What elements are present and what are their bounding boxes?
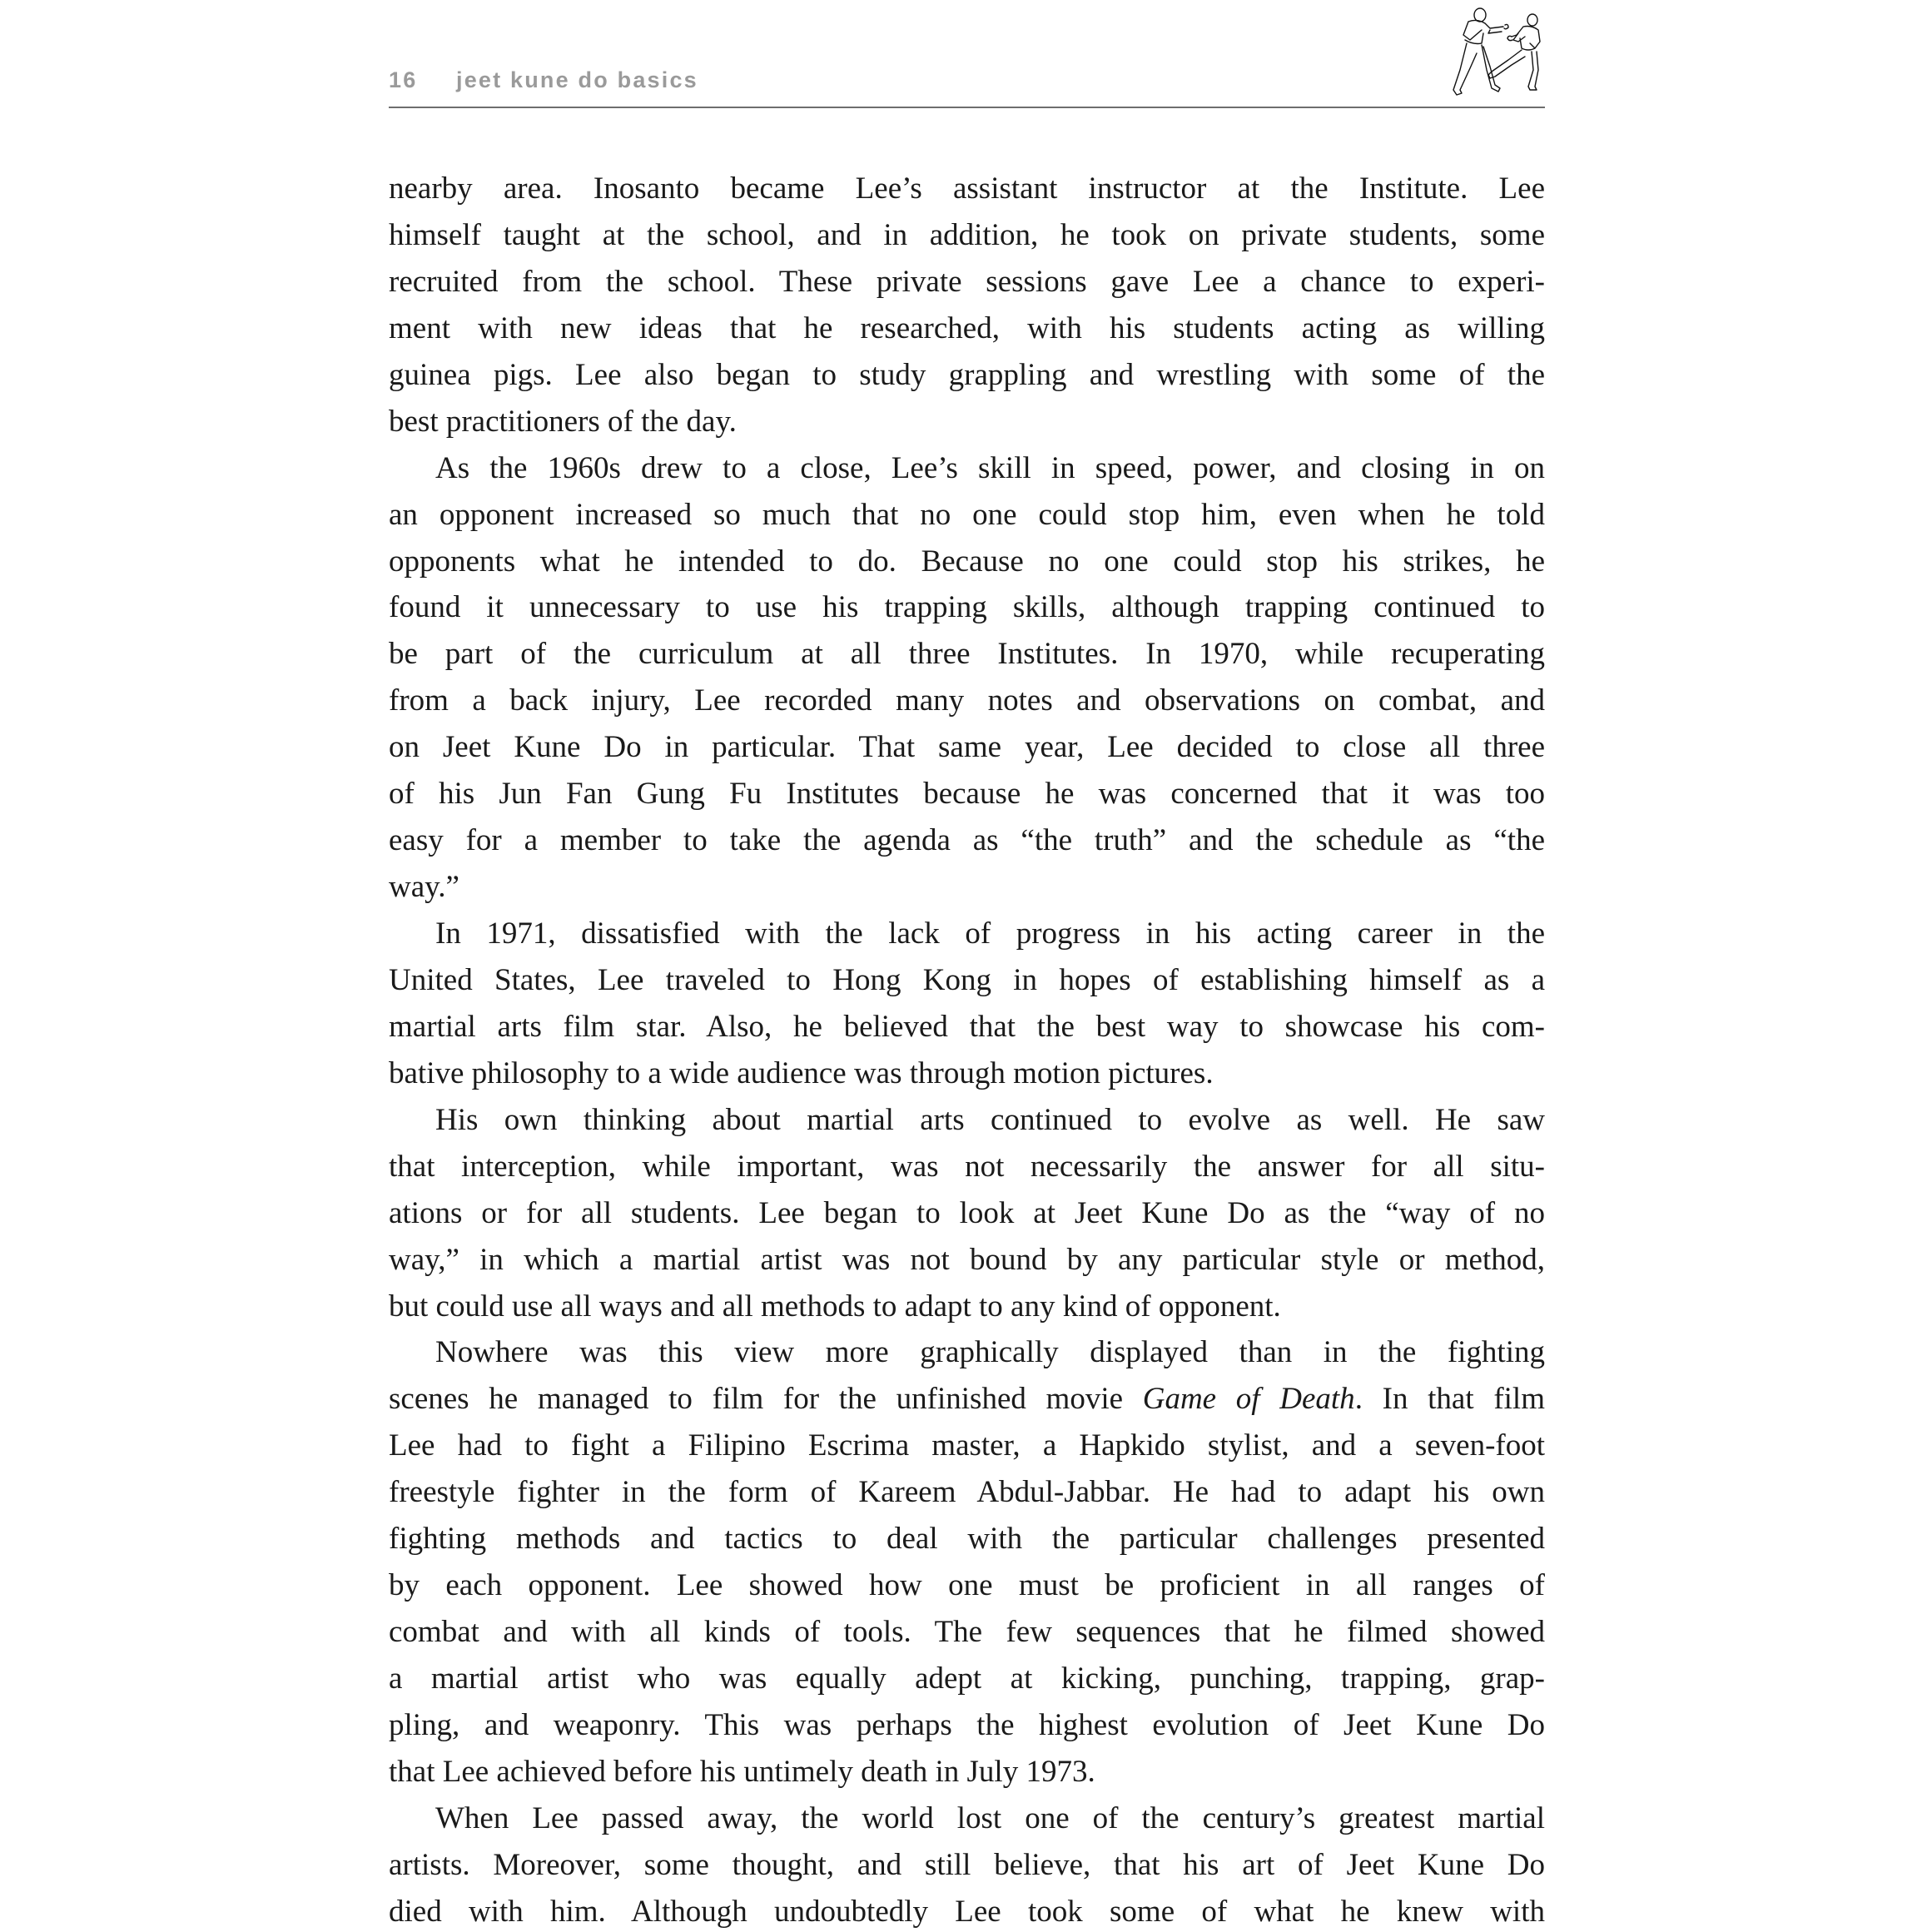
text-line: In 1971, dissatisfied with the lack of p… [389, 911, 1545, 957]
text-line: but could use all ways and all methods t… [389, 1284, 1545, 1330]
text-line: that interception, while important, was … [389, 1144, 1545, 1190]
text-line: a martial artist who was equally adept a… [389, 1656, 1545, 1702]
text-run: scenes he managed to film for the unfini… [389, 1382, 1143, 1416]
text-line: on Jeet Kune Do in particular. That same… [389, 724, 1545, 771]
text-line: Nowhere was this view more graphically d… [389, 1329, 1545, 1376]
text-line: guinea pigs. Lee also began to study gra… [389, 352, 1545, 399]
running-title: jeet kune do basics [456, 67, 698, 92]
text-line: combat and with all kinds of tools. The … [389, 1609, 1545, 1656]
text-line: by each opponent. Lee showed how one mus… [389, 1562, 1545, 1609]
text-line: fighting methods and tactics to deal wit… [389, 1516, 1545, 1562]
text-line: way.” [389, 864, 1545, 911]
text-line: easy for a member to take the agenda as … [389, 817, 1545, 864]
text-line: be part of the curriculum at all three I… [389, 631, 1545, 678]
paragraph: In 1971, dissatisfied with the lack of p… [389, 911, 1545, 1097]
text-line: ment with new ideas that he researched, … [389, 305, 1545, 352]
paragraph: Nowhere was this view more graphically d… [389, 1329, 1545, 1795]
text-line: that Lee achieved before his untimely de… [389, 1749, 1545, 1795]
text-line: died with him. Although undoubtedly Lee … [389, 1889, 1545, 1932]
text-line: himself taught at the school, and in add… [389, 212, 1545, 259]
text-line: recruited from the school. These private… [389, 259, 1545, 305]
paragraph: nearby area. Inosanto became Lee’s assis… [389, 166, 1545, 445]
body-text: nearby area. Inosanto became Lee’s assis… [389, 166, 1545, 1932]
text-line: His own thinking about martial arts cont… [389, 1097, 1545, 1144]
text-line: As the 1960s drew to a close, Lee’s skil… [389, 445, 1545, 492]
text-line: pling, and weaponry. This was perhaps th… [389, 1702, 1545, 1749]
text-line: artists. Moreover, some thought, and sti… [389, 1842, 1545, 1889]
text-run: . In that film [1355, 1382, 1545, 1416]
book-page: 16jeet kune do basics nearby area. Inosa… [0, 0, 1932, 1932]
page-number: 16 [389, 65, 456, 95]
paragraph: His own thinking about martial arts cont… [389, 1097, 1545, 1330]
text-line: Lee had to fight a Filipino Escrima mast… [389, 1423, 1545, 1469]
text-line: United States, Lee traveled to Hong Kong… [389, 957, 1545, 1004]
text-line: best practitioners of the day. [389, 399, 1545, 445]
text-line: bative philosophy to a wide audience was… [389, 1050, 1545, 1097]
text-line: found it unnecessary to use his trapping… [389, 584, 1545, 631]
text-line: martial arts film star. Also, he believe… [389, 1004, 1545, 1050]
text-line: freestyle fighter in the form of Kareem … [389, 1469, 1545, 1516]
paragraph: As the 1960s drew to a close, Lee’s skil… [389, 445, 1545, 911]
two-martial-artists-sparring-icon [1448, 3, 1547, 102]
text-line: way,” in which a martial artist was not … [389, 1237, 1545, 1284]
header-rule [389, 107, 1545, 108]
paragraph: When Lee passed away, the world lost one… [389, 1795, 1545, 1932]
text-line: When Lee passed away, the world lost one… [389, 1795, 1545, 1842]
text-line: opponents what he intended to do. Becaus… [389, 539, 1545, 585]
text-line: from a back injury, Lee recorded many no… [389, 678, 1545, 724]
text-line: nearby area. Inosanto became Lee’s assis… [389, 166, 1545, 212]
running-header: 16jeet kune do basics [389, 65, 698, 95]
text-line: of his Jun Fan Gung Fu Institutes becaus… [389, 771, 1545, 817]
movie-title: Game of Death [1143, 1382, 1355, 1416]
text-line-with-italic-title: scenes he managed to film for the unfini… [389, 1376, 1545, 1423]
text-line: an opponent increased so much that no on… [389, 492, 1545, 539]
text-line: ations or for all students. Lee began to… [389, 1190, 1545, 1237]
